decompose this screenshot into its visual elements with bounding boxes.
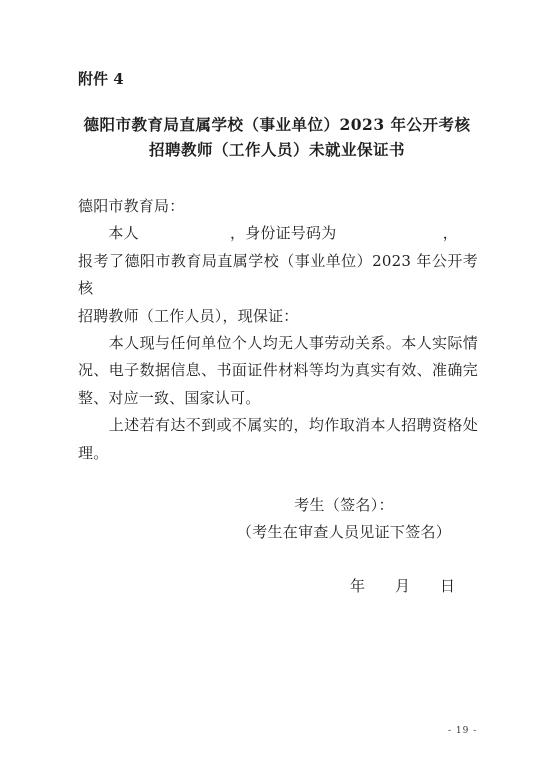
- body-line: 况、电子数据信息、书面证件材料等均为真实有效、准确完: [78, 357, 478, 384]
- document-title-line-1: 德阳市教育局直属学校（事业单位）2023 年公开考核: [0, 112, 554, 137]
- body-line: 上述若有达不到或不属实的，均作取消本人招聘资格处: [78, 412, 478, 439]
- signature-block: 考生（签名）： （考生在审查人员见证下签名）: [224, 492, 464, 547]
- page-number: - 19 -: [448, 725, 477, 737]
- body-line: 整、对应一致、国家认可。: [78, 385, 478, 412]
- document-body: 德阳市教育局： 本人 ，身份证号码为 ， 报考了德阳市教育局直属学校（事业单位）…: [78, 193, 478, 467]
- body-line: 理。: [78, 440, 478, 467]
- signature-note: （考生在审查人员见证下签名）: [224, 519, 464, 546]
- document-page: 附件 4 德阳市教育局直属学校（事业单位）2023 年公开考核 招聘教师（工作人…: [0, 0, 554, 784]
- body-line: 报考了德阳市教育局直属学校（事业单位）2023 年公开考核: [78, 248, 478, 303]
- signature-label: 考生（签名）：: [224, 492, 464, 519]
- document-title: 德阳市教育局直属学校（事业单位）2023 年公开考核 招聘教师（工作人员）未就业…: [0, 112, 554, 162]
- body-line: 招聘教师（工作人员），现保证：: [78, 303, 478, 330]
- body-line-name-and-id-blanks: 本人 ，身份证号码为 ，: [78, 220, 478, 247]
- date-line: 年 月 日: [350, 576, 455, 596]
- salutation: 德阳市教育局：: [78, 193, 478, 220]
- document-title-line-2: 招聘教师（工作人员）未就业保证书: [0, 137, 554, 162]
- attachment-label: 附件 4: [78, 70, 124, 88]
- body-line: 本人现与任何单位个人均无人事劳动关系。本人实际情: [78, 330, 478, 357]
